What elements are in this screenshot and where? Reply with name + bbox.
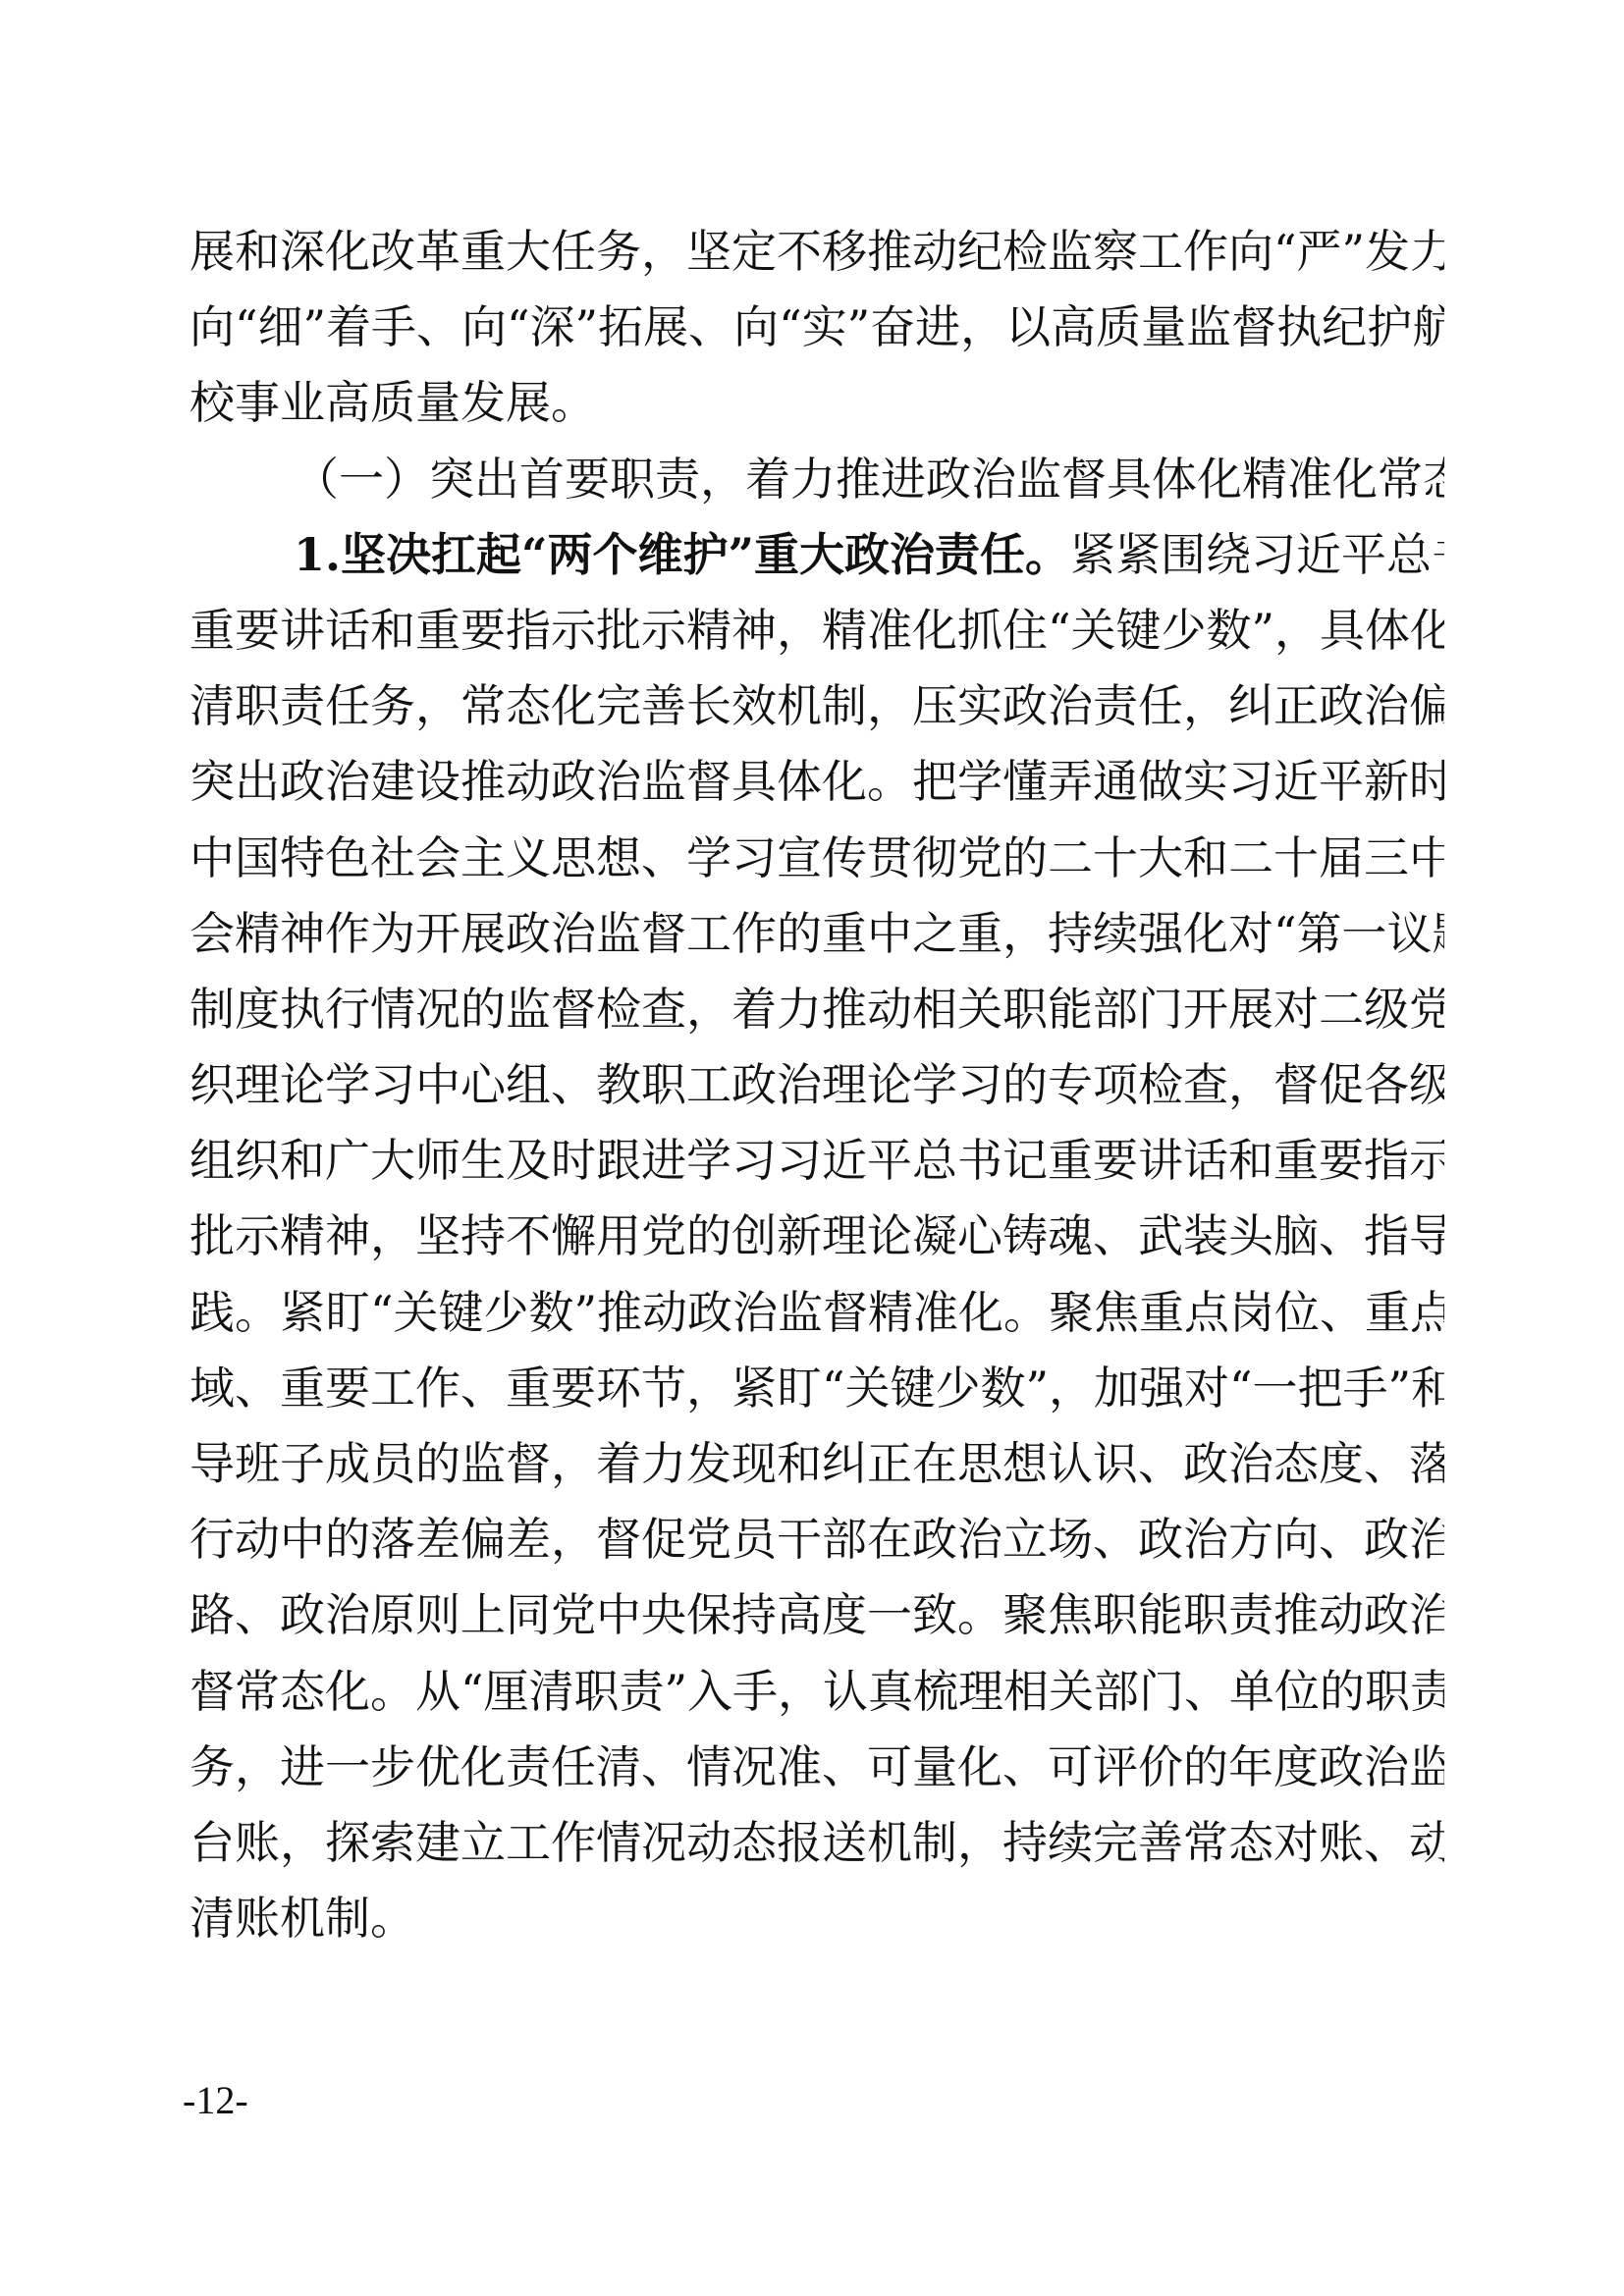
text-line: 校事业高质量发展。 (189, 365, 1444, 441)
text-line: 践。紧盯“关键少数”推动政治监督精准化。聚焦重点岗位、重点领 (189, 1275, 1444, 1351)
text-line: 中国特色社会主义思想、学习宣传贯彻党的二十大和二十届三中全 (189, 821, 1444, 896)
item-lead-line: 1.坚决扛起“两个维护”重大政治责任。紧紧围绕习近平总书记 (189, 517, 1444, 593)
text-line: 展和深化改革重大任务，坚定不移推动纪检监察工作向“严”发力、 (189, 214, 1444, 290)
text-line: 会精神作为开展政治监督工作的重中之重，持续强化对“第一议题” (189, 896, 1444, 972)
text-line: 路、政治原则上同党中央保持高度一致。聚焦职能职责推动政治监 (189, 1577, 1444, 1653)
text-line: 清职责任务，常态化完善长效机制，压实政治责任，纠正政治偏差。 (189, 668, 1444, 744)
section-heading: （一）突出首要职责，着力推进政治监督具体化精准化常态化 (189, 442, 1444, 517)
text-line: 域、重要工作、重要环节，紧盯“关键少数”，加强对“一把手”和领 (189, 1351, 1444, 1426)
text-line: 向“细”着手、向“深”拓展、向“实”奋进，以高质量监督执纪护航学 (189, 290, 1444, 365)
text-line: 组织和广大师生及时跟进学习习近平总书记重要讲话和重要指示 (189, 1123, 1444, 1199)
paragraph-item-1: 1.坚决扛起“两个维护”重大政治责任。紧紧围绕习近平总书记 重要讲话和重要指示批… (189, 517, 1444, 1957)
item-lead-rest: 紧紧围绕习近平总书记 (1070, 528, 1444, 581)
section-heading-text: （一）突出首要职责，着力推进政治监督具体化精准化常态化 (189, 442, 1444, 517)
text-line: 清账机制。 (189, 1881, 1444, 1956)
paragraph-intro-continuation: 展和深化改革重大任务，坚定不移推动纪检监察工作向“严”发力、 向“细”着手、向“… (189, 214, 1444, 442)
text-line: 台账，探索建立工作情况动态报送机制，持续完善常态对账、动态 (189, 1805, 1444, 1881)
item-title-bold: 1.坚决扛起“两个维护”重大政治责任。 (294, 528, 1070, 581)
text-line: 突出政治建设推动政治监督具体化。把学懂弄通做实习近平新时代 (189, 744, 1444, 820)
text-line: 督常态化。从“厘清职责”入手，认真梳理相关部门、单位的职责任 (189, 1654, 1444, 1730)
page-number: -12- (183, 2077, 248, 2123)
text-line: 行动中的落差偏差，督促党员干部在政治立场、政治方向、政治道 (189, 1502, 1444, 1577)
text-line: 务，进一步优化责任清、情况准、可量化、可评价的年度政治监督 (189, 1730, 1444, 1805)
body-text: 展和深化改革重大任务，坚定不移推动纪检监察工作向“严”发力、 向“细”着手、向“… (189, 214, 1444, 1956)
document-page: 展和深化改革重大任务，坚定不移推动纪检监察工作向“严”发力、 向“细”着手、向“… (0, 0, 1624, 2296)
text-line: 批示精神，坚持不懈用党的创新理论凝心铸魂、武装头脑、指导实 (189, 1199, 1444, 1274)
text-line: 导班子成员的监督，着力发现和纠正在思想认识、政治态度、落实 (189, 1426, 1444, 1502)
text-line: 织理论学习中心组、教职工政治理论学习的专项检查，督促各级党 (189, 1047, 1444, 1123)
text-line: 重要讲话和重要指示批示精神，精准化抓住“关键少数”，具体化厘 (189, 593, 1444, 668)
text-line: 制度执行情况的监督检查，着力推动相关职能部门开展对二级党组 (189, 972, 1444, 1047)
